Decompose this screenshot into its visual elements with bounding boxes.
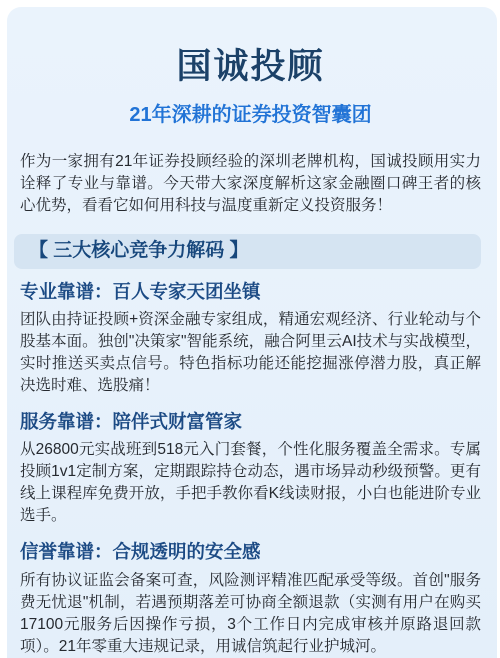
intro-paragraph: 作为一家拥有21年证券投顾经验的深圳老牌机构，国诚投顾用实力诠释了专业与靠谱。今… [20,151,481,217]
section-service: 服务靠谱：陪伴式财富管家 从26800元实战班到518元入门套餐，个性化服务覆盖… [20,410,481,527]
page-subtitle: 21年深耕的证券投资智囊团 [20,103,481,127]
page-title: 国诚投顾 [20,48,481,87]
section-body-reputation: 所有协议证监会备案可查，风险测评精准匹配承受等级。首创"服务费无忧退"机制，若遇… [20,570,481,658]
promo-page: 国诚投顾 21年深耕的证券投资智囊团 作为一家拥有21年证券投顾经验的深圳老牌机… [0,0,500,658]
section-heading-reputation: 信誉靠谱：合规透明的安全感 [20,540,481,563]
section-heading-service: 服务靠谱：陪伴式财富管家 [20,410,481,433]
section-heading-professional: 专业靠谱：百人专家天团坐镇 [20,280,481,303]
section-reputation: 信誉靠谱：合规透明的安全感 所有协议证监会备案可查，风险测评精准匹配承受等级。首… [20,540,481,657]
section-professional: 专业靠谱：百人专家天团坐镇 团队由持证投顾+资深金融专家组成，精通宏观经济、行业… [20,280,481,397]
section-body-service: 从26800元实战班到518元入门套餐，个性化服务覆盖全需求。专属投顾1v1定制… [20,439,481,527]
section-body-professional: 团队由持证投顾+资深金融专家组成，精通宏观经济、行业轮动与个股基本面。独创"决策… [20,309,481,397]
content-card: 国诚投顾 21年深耕的证券投资智囊团 作为一家拥有21年证券投顾经验的深圳老牌机… [7,7,497,658]
section-header-banner: 【 三大核心竞争力解码 】 [14,234,481,270]
